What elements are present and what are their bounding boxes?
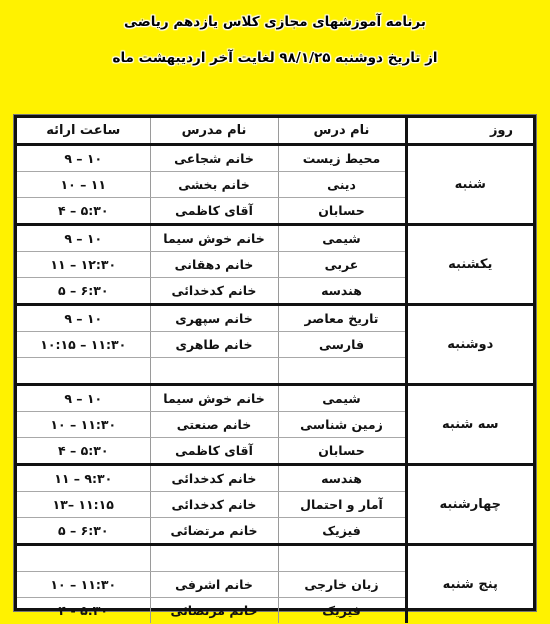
teacher-cell: خانم اشرفی: [150, 572, 278, 598]
teacher-cell: [150, 358, 278, 385]
course-cell: هندسه: [278, 278, 406, 305]
course-cell: زبان خارجی: [278, 572, 406, 598]
course-cell: فیزیک: [278, 598, 406, 624]
column-header-course: نام درس: [278, 118, 406, 145]
course-cell: تاریخ معاصر: [278, 305, 406, 332]
time-cell: ۱۱:۱۵ –۱۳: [17, 492, 150, 518]
teacher-cell: آقای کاظمی: [150, 438, 278, 465]
teacher-cell: خانم صنعتی: [150, 412, 278, 438]
column-header-teacher: نام مدرس: [150, 118, 278, 145]
day-cell: چهارشنبه: [406, 465, 533, 545]
time-cell: ۹:۳۰ – ۱۱: [17, 465, 150, 492]
day-cell: دوشنبه: [406, 305, 533, 385]
course-cell: فارسی: [278, 332, 406, 358]
teacher-cell: خانم شجاعی: [150, 145, 278, 172]
time-cell: ۵:۳۰ - ۴: [17, 598, 150, 624]
course-cell: فیزیک: [278, 518, 406, 545]
teacher-cell: خانم طاهری: [150, 332, 278, 358]
time-cell: ۱۰ – ۹: [17, 305, 150, 332]
column-header-day: روز: [406, 118, 533, 145]
table-header-row: روز نام درس نام مدرس ساعت ارائه: [17, 118, 533, 145]
teacher-cell: خانم سپهری: [150, 305, 278, 332]
time-cell: ۶:۳۰ – ۵: [17, 278, 150, 305]
course-cell: حسابان: [278, 198, 406, 225]
page-subtitle: از تاریخ دوشنبه ۹۸/۱/۲۵ لغایت آخر اردیبه…: [0, 50, 550, 66]
teacher-cell: خانم مرتضائی: [150, 518, 278, 545]
course-cell: هندسه: [278, 465, 406, 492]
course-cell: دینی: [278, 172, 406, 198]
course-cell: زمین شناسی: [278, 412, 406, 438]
table-row: یکشنبه شیمی خانم خوش سیما ۱۰ – ۹: [17, 225, 533, 252]
course-cell: حسابان: [278, 438, 406, 465]
teacher-cell: خانم خوش سیما: [150, 385, 278, 412]
table-row: سه شنبه شیمی خانم خوش سیما ۱۰ – ۹: [17, 385, 533, 412]
time-cell: ۱۰ – ۹: [17, 225, 150, 252]
course-cell: عربی: [278, 252, 406, 278]
teacher-cell: خانم مرتضائی: [150, 598, 278, 624]
table-row: پنج شنبه: [17, 545, 533, 572]
time-cell: ۱۰ – ۹: [17, 385, 150, 412]
teacher-cell: [150, 545, 278, 572]
teacher-cell: خانم کدخدائی: [150, 492, 278, 518]
time-cell: ۱۱:۳۰ – ۱۰: [17, 412, 150, 438]
time-cell: ۱۲:۳۰ – ۱۱: [17, 252, 150, 278]
teacher-cell: خانم دهقانی: [150, 252, 278, 278]
course-cell: [278, 358, 406, 385]
time-cell: ۱۰ – ۹: [17, 145, 150, 172]
course-cell: شیمی: [278, 225, 406, 252]
course-cell: آمار و احتمال: [278, 492, 406, 518]
course-cell: [278, 545, 406, 572]
time-cell: ۱۱:۳۰ – ۱۰: [17, 572, 150, 598]
day-cell: شنبه: [406, 145, 533, 225]
day-cell: یکشنبه: [406, 225, 533, 305]
page-title: برنامه آموزشهای مجازی کلاس یازدهم ریاضی: [0, 14, 550, 30]
course-cell: شیمی: [278, 385, 406, 412]
teacher-cell: آقای کاظمی: [150, 198, 278, 225]
teacher-cell: خانم بخشی: [150, 172, 278, 198]
day-cell: پنج شنبه: [406, 545, 533, 624]
time-cell: [17, 545, 150, 572]
time-cell: ۱۱:۳۰ – ۱۰:۱۵: [17, 332, 150, 358]
table-row: دوشنبه تاریخ معاصر خانم سپهری ۱۰ – ۹: [17, 305, 533, 332]
course-cell: محیط زیست: [278, 145, 406, 172]
teacher-cell: خانم خوش سیما: [150, 225, 278, 252]
time-cell: ۵:۳۰ – ۴: [17, 438, 150, 465]
schedule-table: روز نام درس نام مدرس ساعت ارائه شنبه محی…: [17, 118, 533, 623]
day-cell: سه شنبه: [406, 385, 533, 465]
table-row: چهارشنبه هندسه خانم کدخدائی ۹:۳۰ – ۱۱: [17, 465, 533, 492]
teacher-cell: خانم کدخدائی: [150, 465, 278, 492]
column-header-time: ساعت ارائه: [17, 118, 150, 145]
time-cell: ۵:۳۰ – ۴: [17, 198, 150, 225]
table-row: شنبه محیط زیست خانم شجاعی ۱۰ – ۹: [17, 145, 533, 172]
teacher-cell: خانم کدخدائی: [150, 278, 278, 305]
schedule-table-container: روز نام درس نام مدرس ساعت ارائه شنبه محی…: [14, 115, 536, 611]
time-cell: ۶:۳۰ – ۵: [17, 518, 150, 545]
time-cell: ۱۱ – ۱۰: [17, 172, 150, 198]
time-cell: [17, 358, 150, 385]
